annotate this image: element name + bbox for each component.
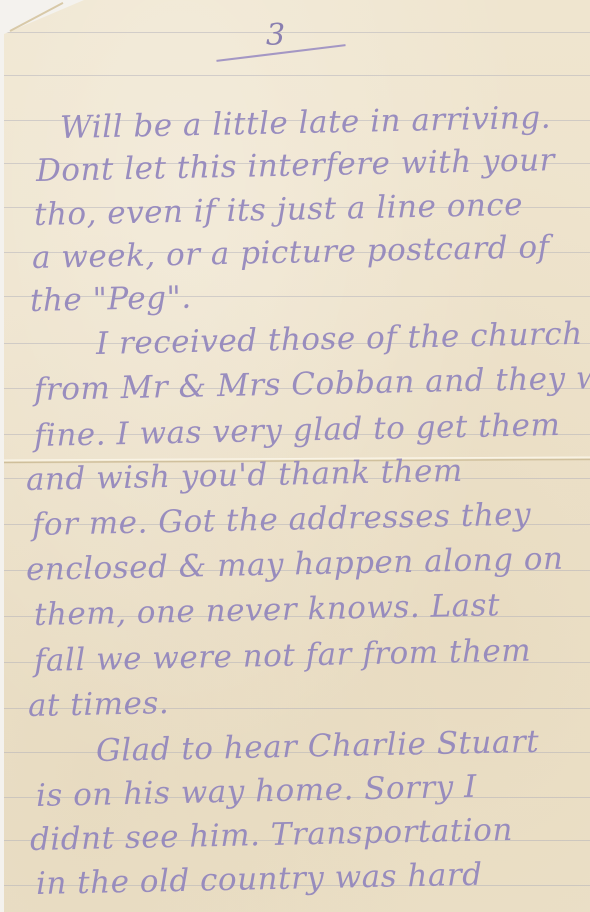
ruled-line xyxy=(4,32,590,33)
letter-line: fine. I was very glad to get them xyxy=(34,407,561,454)
letter-line: is on his way home. Sorry I xyxy=(36,769,478,814)
ruled-line xyxy=(4,75,590,76)
letter-line: in the old country was hard xyxy=(36,857,483,902)
letter-line: tho, even if its just a line once xyxy=(34,187,524,233)
letter-line: Dont let this interfere with your xyxy=(36,142,556,189)
letter-line: the "Peg". xyxy=(30,280,192,319)
letter-line: fall we were not far from them xyxy=(34,633,532,679)
letter-line: Glad to hear Charlie Stuart xyxy=(96,724,540,769)
letter-line: didnt see him. Transportation xyxy=(30,812,514,858)
letter-line: Will be a little late in arriving. xyxy=(60,100,552,146)
letter-line: at times. xyxy=(28,685,170,724)
letter-line: and wish you'd thank them xyxy=(26,453,464,498)
letter-line: them, one never knows. Last xyxy=(34,587,501,633)
letter-page: 3 Will be a little late in arriving. Don… xyxy=(4,0,590,912)
page-number: 3 xyxy=(266,18,285,53)
letter-line: I received those of the church xyxy=(96,316,583,362)
letter-line: a week, or a picture postcard of xyxy=(32,229,550,276)
letter-line: for me. Got the addresses they xyxy=(32,497,532,543)
letter-line: enclosed & may happen along on xyxy=(26,541,564,588)
letter-line: from Mr & Mrs Cobban and they were xyxy=(34,359,590,408)
